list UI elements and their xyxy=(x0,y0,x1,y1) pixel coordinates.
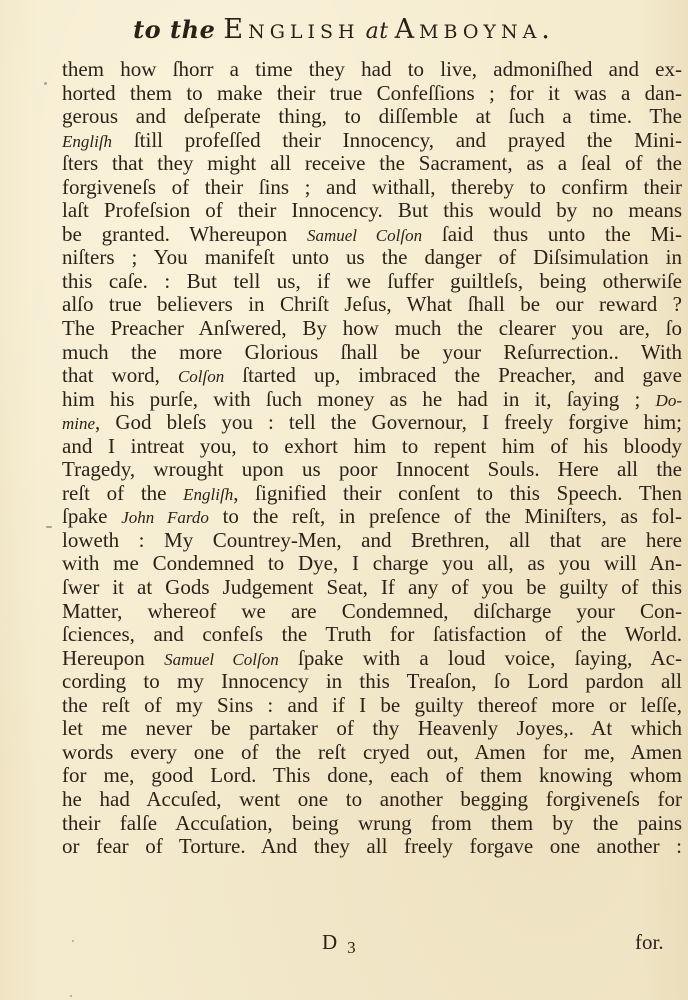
text-segment: The Preacher Anſwered, By how much the c… xyxy=(62,316,682,340)
signature-mark: D3 xyxy=(322,930,356,955)
text-segment: ſpake xyxy=(62,504,121,528)
signature-number: 3 xyxy=(347,938,356,957)
ink-speck xyxy=(70,995,72,997)
text-segment: their falſe Accuſation, being wrung from… xyxy=(62,811,682,835)
ink-speck xyxy=(676,795,678,798)
text-segment: horted them to make their true Confeſſio… xyxy=(62,81,682,105)
text-segment: niſters ; You manifeſt unto us the dange… xyxy=(62,245,682,269)
catchword: for. xyxy=(635,930,664,955)
text-segment: Hereupon xyxy=(62,646,164,670)
text-segment: that word, xyxy=(62,363,178,387)
body-text: them how ſhorr a time they had to live, … xyxy=(62,58,682,859)
text-segment: alſo true believers in Chriſt Jeſus, Wha… xyxy=(62,292,682,316)
text-segment: them how ſhorr a time they had to live, … xyxy=(62,57,682,81)
text-segment: words every one of the reſt cryed out, A… xyxy=(62,740,682,764)
italic-name: Samuel Colſon xyxy=(307,226,422,245)
text-line: mine, God bleſs you : tell the Governour… xyxy=(62,411,682,435)
text-line: laſt Profeſsion of their Innocency. But … xyxy=(62,199,682,223)
text-segment: Matter, whereof we are Condemned, diſcha… xyxy=(62,599,682,623)
text-line: ſters that they might all receive the Sa… xyxy=(62,152,682,176)
italic-name: Do- xyxy=(656,391,682,410)
ink-speck xyxy=(44,82,47,85)
running-head-middle: at xyxy=(366,19,389,44)
running-head-prefix: to the xyxy=(133,15,215,44)
text-line: ſwer it at Gods Judgement Seat, If any o… xyxy=(62,576,682,600)
signature-letter: D xyxy=(322,930,337,954)
text-line: that word, Colſon ſtarted up, imbraced t… xyxy=(62,364,682,388)
text-segment: the reſt of my Sins : and if I be guilty… xyxy=(62,693,682,717)
running-head-word-amboyna: Amboyna. xyxy=(395,14,555,45)
text-line: forgiveneſs of their ſins ; and withall,… xyxy=(62,176,682,200)
text-line: Matter, whereof we are Condemned, diſcha… xyxy=(62,600,682,624)
text-segment: with me Condemned to Dye, I charge you a… xyxy=(62,551,682,575)
text-line: and I intreat you, to exhort him to repe… xyxy=(62,435,682,459)
italic-name: John Fardo xyxy=(121,508,209,527)
running-head-word-english: English xyxy=(223,14,359,45)
text-line: their falſe Accuſation, being wrung from… xyxy=(62,812,682,836)
text-line: niſters ; You manifeſt unto us the dange… xyxy=(62,246,682,270)
text-line: this caſe. : But tell us, if we ſuffer g… xyxy=(62,270,682,294)
text-segment: him his purſe, with ſuch money as he had… xyxy=(62,387,656,411)
scanned-book-page: to theEnglishatAmboyna. them how ſhorr a… xyxy=(0,0,688,1000)
text-segment: ſaid thus unto the Mi- xyxy=(422,222,682,246)
text-segment: loweth : My Countrey-Men, and Brethren, … xyxy=(62,528,682,552)
text-segment: Tragedy, wrought upon us poor Innocent S… xyxy=(62,457,682,481)
ink-speck xyxy=(46,526,52,528)
text-line: be granted. Whereupon Samuel Colſon ſaid… xyxy=(62,223,682,247)
ink-speck xyxy=(72,940,74,942)
italic-name: Engliſh xyxy=(183,485,233,504)
text-segment: ſpake with a loud voice, ſaying, Ac- xyxy=(279,646,682,670)
text-line: Tragedy, wrought upon us poor Innocent S… xyxy=(62,458,682,482)
text-line: The Preacher Anſwered, By how much the c… xyxy=(62,317,682,341)
text-line: he had Accuſed, went one to another begg… xyxy=(62,788,682,812)
text-line: cording to my Innocency in this Treaſon,… xyxy=(62,670,682,694)
text-line: ſpake John Fardo to the reſt, in preſenc… xyxy=(62,505,682,529)
text-segment: to the reſt, in preſence of the Miniſter… xyxy=(209,504,682,528)
text-segment: ſciences, and confeſs the Truth for ſati… xyxy=(62,622,682,646)
text-segment: ſtill profeſſed their Innocency, and pra… xyxy=(112,128,682,152)
text-line: let me never be partaker of thy Heavenly… xyxy=(62,717,682,741)
text-segment: he had Accuſed, went one to another begg… xyxy=(62,787,682,811)
text-segment: ſters that they might all receive the Sa… xyxy=(62,151,682,175)
text-segment: , ſignified their conſent to this Speech… xyxy=(233,481,682,505)
text-line: with me Condemned to Dye, I charge you a… xyxy=(62,552,682,576)
text-segment: for me, good Lord. This done, each of th… xyxy=(62,763,682,787)
text-line: ſciences, and confeſs the Truth for ſati… xyxy=(62,623,682,647)
text-segment: and I intreat you, to exhort him to repe… xyxy=(62,434,682,458)
text-line: him his purſe, with ſuch money as he had… xyxy=(62,388,682,412)
text-segment: , God bleſs you : tell the Governour, I … xyxy=(95,410,682,434)
text-line: for me, good Lord. This done, each of th… xyxy=(62,764,682,788)
text-line: the reſt of my Sins : and if I be guilty… xyxy=(62,694,682,718)
text-segment: cording to my Innocency in this Treaſon,… xyxy=(62,669,682,693)
text-line: them how ſhorr a time they had to live, … xyxy=(62,58,682,82)
italic-name: mine xyxy=(62,414,95,433)
text-line: much the more Glorious ſhall be your Reſ… xyxy=(62,341,682,365)
text-segment: be granted. Whereupon xyxy=(62,222,307,246)
text-line: reſt of the Engliſh, ſignified their con… xyxy=(62,482,682,506)
text-line: or fear of Torture. And they all freely … xyxy=(62,835,682,859)
text-segment: this caſe. : But tell us, if we ſuffer g… xyxy=(62,269,682,293)
text-segment: ſwer it at Gods Judgement Seat, If any o… xyxy=(62,575,682,599)
text-segment: much the more Glorious ſhall be your Reſ… xyxy=(62,340,682,364)
text-segment: reſt of the xyxy=(62,481,183,505)
text-segment: let me never be partaker of thy Heavenly… xyxy=(62,716,682,740)
text-line: Hereupon Samuel Colſon ſpake with a loud… xyxy=(62,647,682,671)
text-line: loweth : My Countrey-Men, and Brethren, … xyxy=(62,529,682,553)
text-segment: gerous and deſperate thing, to diſſemble… xyxy=(62,104,682,128)
text-segment: ſtarted up, imbraced the Preacher, and g… xyxy=(224,363,682,387)
italic-name: Engliſh xyxy=(62,132,112,151)
text-line: horted them to make their true Confeſſio… xyxy=(62,82,682,106)
text-segment: laſt Profeſsion of their Innocency. But … xyxy=(62,198,682,222)
text-line: Engliſh ſtill profeſſed their Innocency,… xyxy=(62,129,682,153)
text-segment: or fear of Torture. And they all freely … xyxy=(62,834,682,858)
page-footer: D3 for. xyxy=(0,930,688,960)
text-line: gerous and deſperate thing, to diſſemble… xyxy=(62,105,682,129)
text-line: words every one of the reſt cryed out, A… xyxy=(62,741,682,765)
italic-name: Colſon xyxy=(178,367,224,386)
running-head: to theEnglishatAmboyna. xyxy=(0,16,688,43)
text-line: alſo true believers in Chriſt Jeſus, Wha… xyxy=(62,293,682,317)
italic-name: Samuel Colſon xyxy=(164,650,279,669)
text-segment: forgiveneſs of their ſins ; and withall,… xyxy=(62,175,682,199)
